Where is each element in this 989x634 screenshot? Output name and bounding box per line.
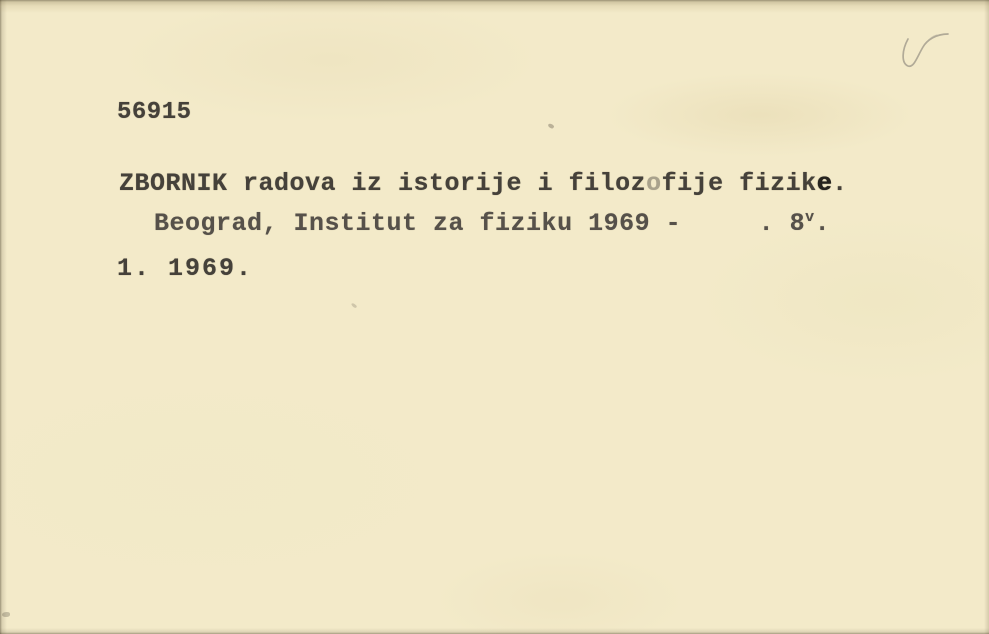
title-faint-char: o bbox=[646, 169, 662, 198]
pencil-checkmark bbox=[896, 30, 960, 74]
imprint-text-segment: . 8 bbox=[681, 209, 805, 238]
imprint-period: . bbox=[815, 209, 831, 238]
catalog-card-scan: 56915 ZBORNIK radova iz istorije i filoz… bbox=[0, 0, 989, 634]
scan-edge-shadow bbox=[0, 0, 989, 634]
imprint-line: Beograd, Institut za fiziku 1969 - . 8v. bbox=[154, 209, 830, 242]
title-period: . bbox=[832, 169, 848, 198]
imprint-format-superscript: v bbox=[805, 203, 815, 233]
paper-texture bbox=[0, 0, 989, 634]
title-text-segment: fije fizik bbox=[662, 169, 817, 198]
catalog-number: 56915 bbox=[117, 98, 192, 128]
title-text-segment: ZBORNIK radova iz istorije i filoz bbox=[119, 169, 646, 198]
ink-speck bbox=[2, 612, 10, 617]
title-line: ZBORNIK radova iz istorije i filozofije … bbox=[119, 169, 848, 199]
ink-speck bbox=[547, 123, 554, 130]
imprint-text-segment: Beograd, Institut za fiziku 1969 - bbox=[154, 209, 681, 238]
ink-speck bbox=[351, 302, 358, 308]
holdings-line: 1. 1969. bbox=[117, 254, 253, 284]
title-overstruck-char: e bbox=[817, 169, 833, 198]
